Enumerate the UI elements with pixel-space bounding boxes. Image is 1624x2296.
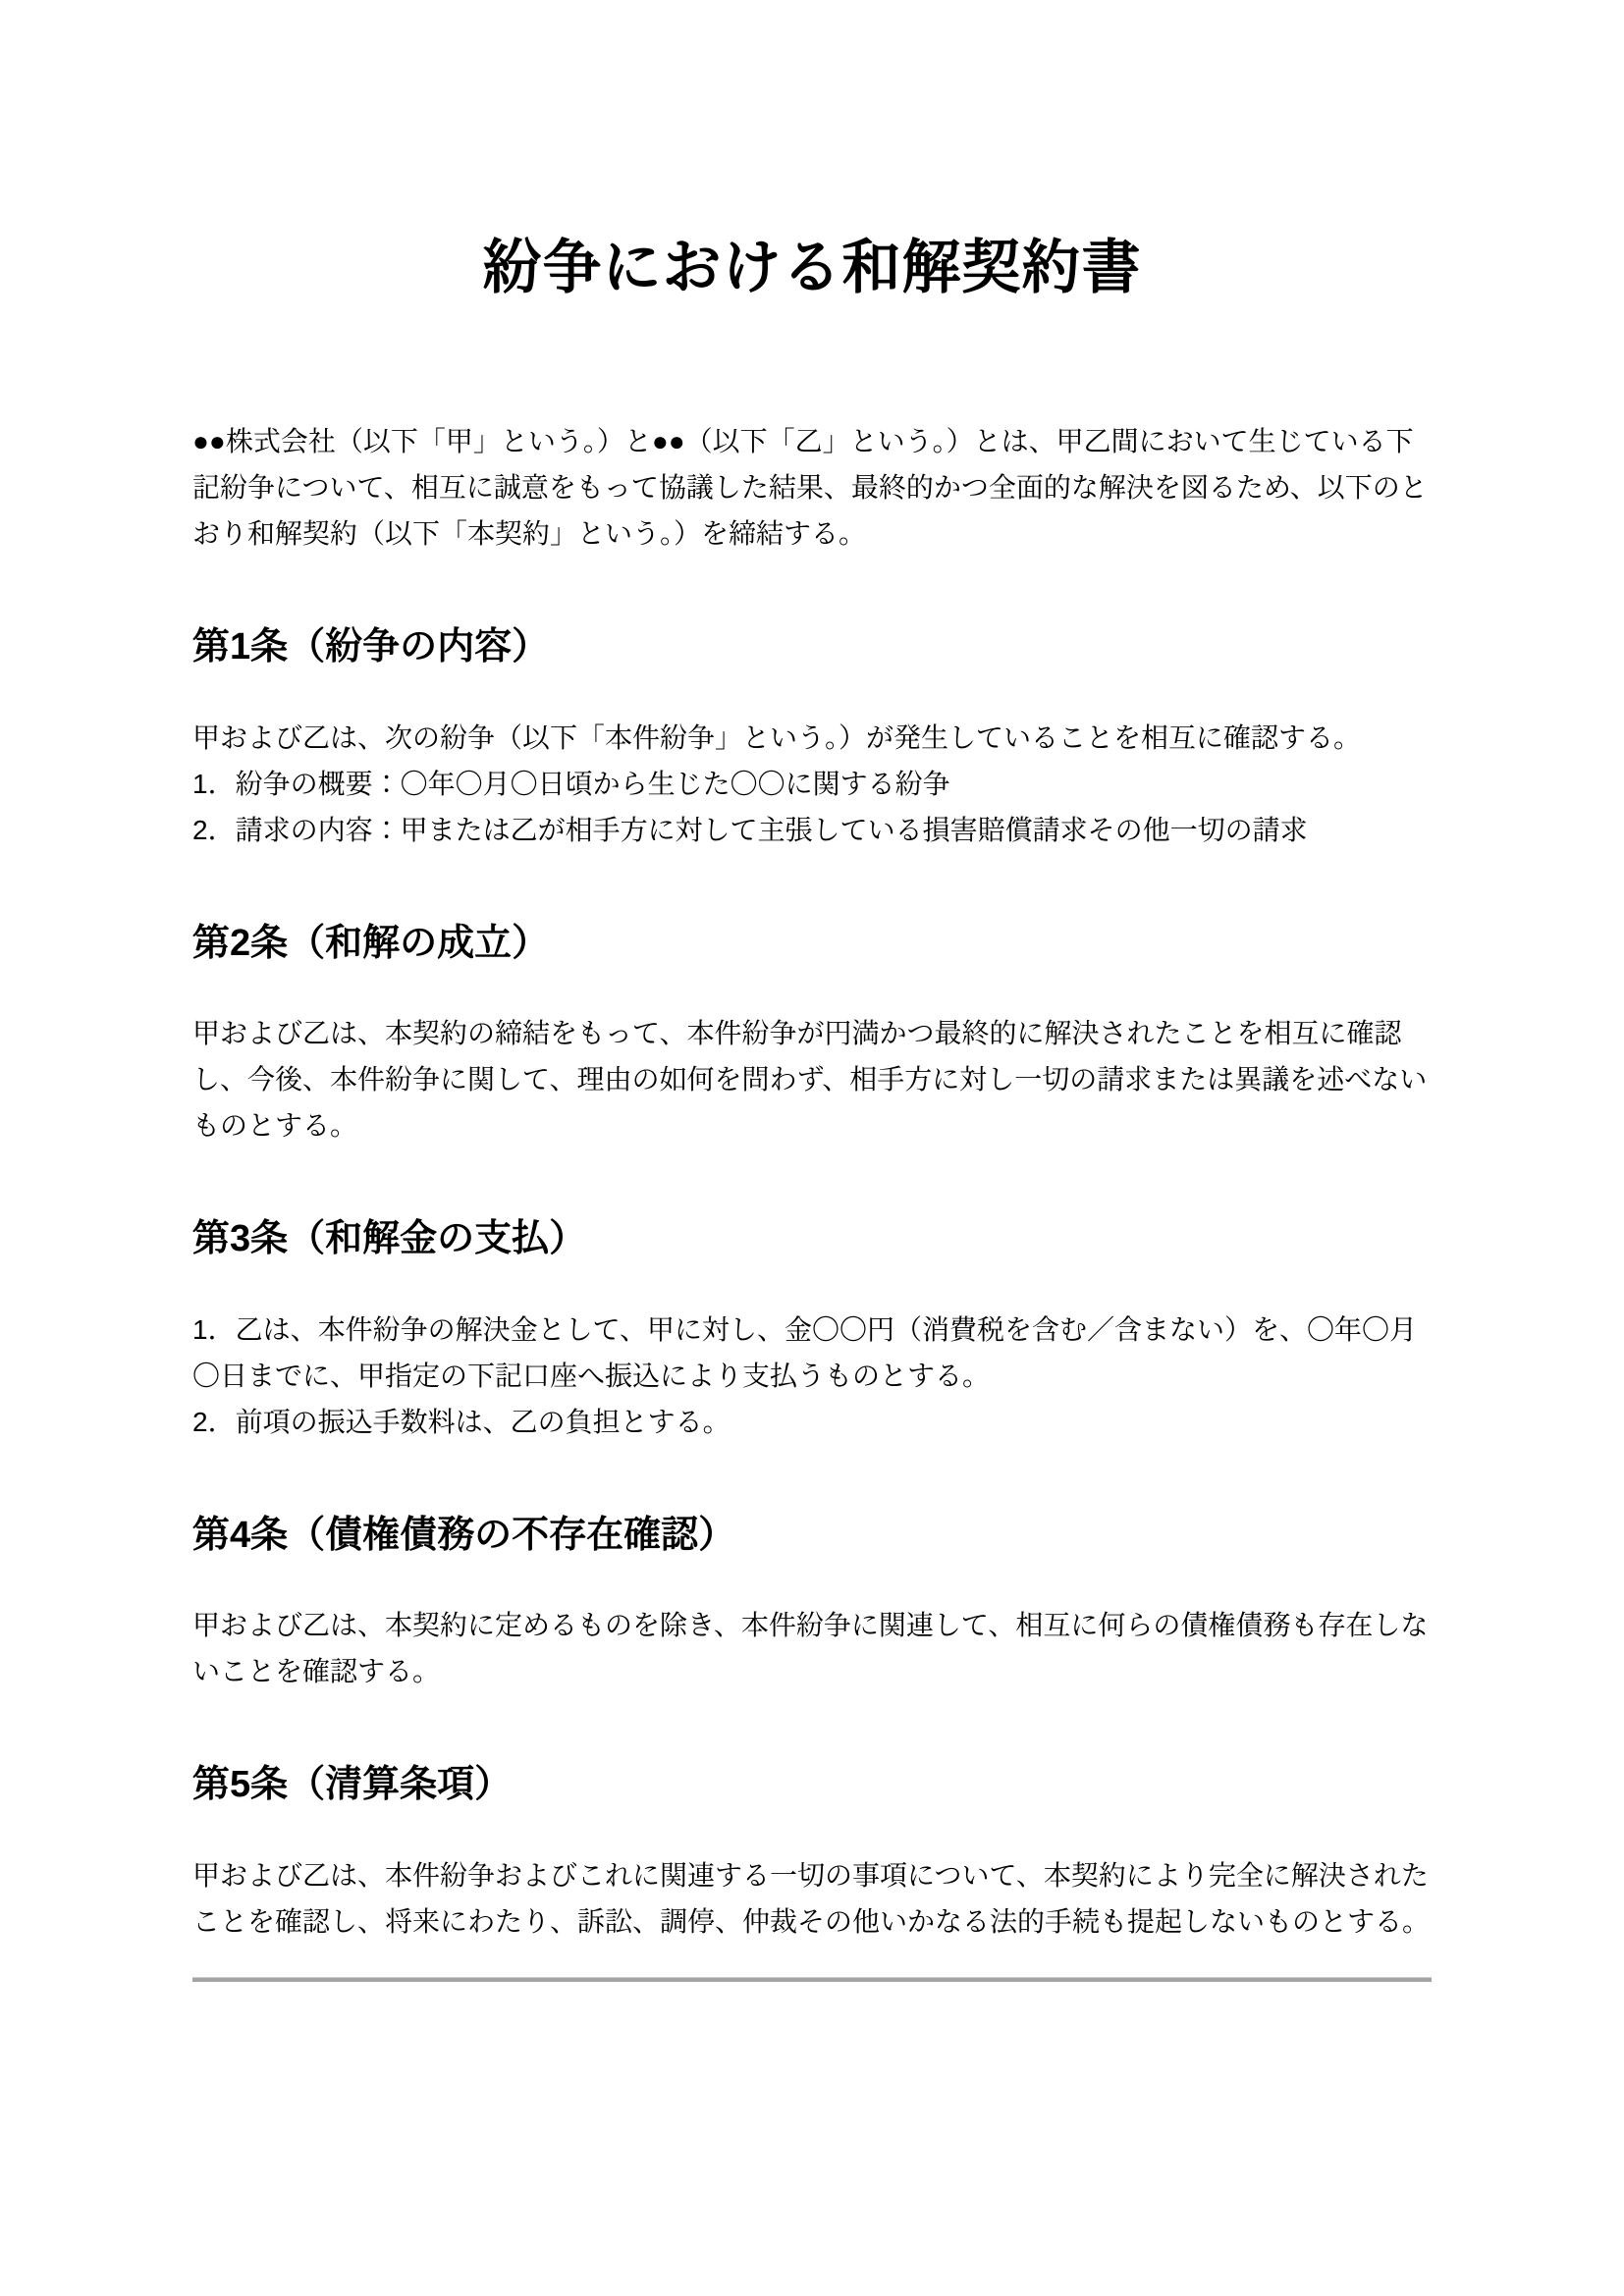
article-heading: 第1条（紛争の内容） [192,625,1432,670]
article-paragraph: 甲および乙は、本契約の締結をもって、本件紛争が円満かつ最終的に解決されたことを相… [192,1010,1432,1148]
page-title: 紛争における和解契約書 [192,236,1432,300]
article-heading: 第4条（債権債務の不存在確認） [192,1514,1432,1559]
article-section: 第4条（債権債務の不存在確認） 甲および乙は、本契約に定めるものを除き、本件紛争… [192,1514,1432,1695]
article-heading: 第5条（清算条項） [192,1763,1432,1808]
article-section: 第3条（和解金の支払） 1．乙は、本件紛争の解決金として、甲に対し、金〇〇円（消… [192,1217,1432,1445]
article-body: 1．乙は、本件紛争の解決金として、甲に対し、金〇〇円（消費税を含む／含まない）を… [192,1307,1432,1445]
article-paragraph: 2．請求の内容：甲または乙が相手方に対して主張している損害賠償請求その他一切の請… [192,807,1432,853]
article-paragraph: 2．前項の振込手数料は、乙の負担とする。 [192,1399,1432,1445]
article-body: 甲および乙は、本契約に定めるものを除き、本件紛争に関連して、相互に何らの債権債務… [192,1602,1432,1694]
article-body: 甲および乙は、次の紛争（以下「本件紛争」という。）が発生していることを相互に確認… [192,715,1432,853]
article-section: 第5条（清算条項） 甲および乙は、本件紛争およびこれに関連する一切の事項について… [192,1763,1432,1945]
article-heading: 第3条（和解金の支払） [192,1217,1432,1262]
article-paragraph: 甲および乙は、本契約に定めるものを除き、本件紛争に関連して、相互に何らの債権債務… [192,1602,1432,1694]
article-paragraph: 甲および乙は、本件紛争およびこれに関連する一切の事項について、本契約により完全に… [192,1852,1432,1945]
article-section: 第1条（紛争の内容） 甲および乙は、次の紛争（以下「本件紛争」という。）が発生し… [192,625,1432,853]
article-body: 甲および乙は、本契約の締結をもって、本件紛争が円満かつ最終的に解決されたことを相… [192,1010,1432,1148]
article-section: 第2条（和解の成立） 甲および乙は、本契約の締結をもって、本件紛争が円満かつ最終… [192,922,1432,1149]
bottom-divider [192,1977,1432,1982]
article-paragraph: 1．乙は、本件紛争の解決金として、甲に対し、金〇〇円（消費税を含む／含まない）を… [192,1307,1432,1399]
article-paragraph: 甲および乙は、次の紛争（以下「本件紛争」という。）が発生していることを相互に確認… [192,715,1432,761]
article-paragraph: 1．紛争の概要：〇年〇月〇日頃から生じた〇〇に関する紛争 [192,761,1432,807]
document-page: 紛争における和解契約書 ●●株式会社（以下「甲」という。）と●●（以下「乙」とい… [0,0,1624,2296]
articles: 第1条（紛争の内容） 甲および乙は、次の紛争（以下「本件紛争」という。）が発生し… [192,625,1432,1945]
intro-paragraph: ●●株式会社（以下「甲」という。）と●●（以下「乙」という。）とは、甲乙間におい… [192,418,1432,557]
article-heading: 第2条（和解の成立） [192,922,1432,967]
article-body: 甲および乙は、本件紛争およびこれに関連する一切の事項について、本契約により完全に… [192,1852,1432,1945]
